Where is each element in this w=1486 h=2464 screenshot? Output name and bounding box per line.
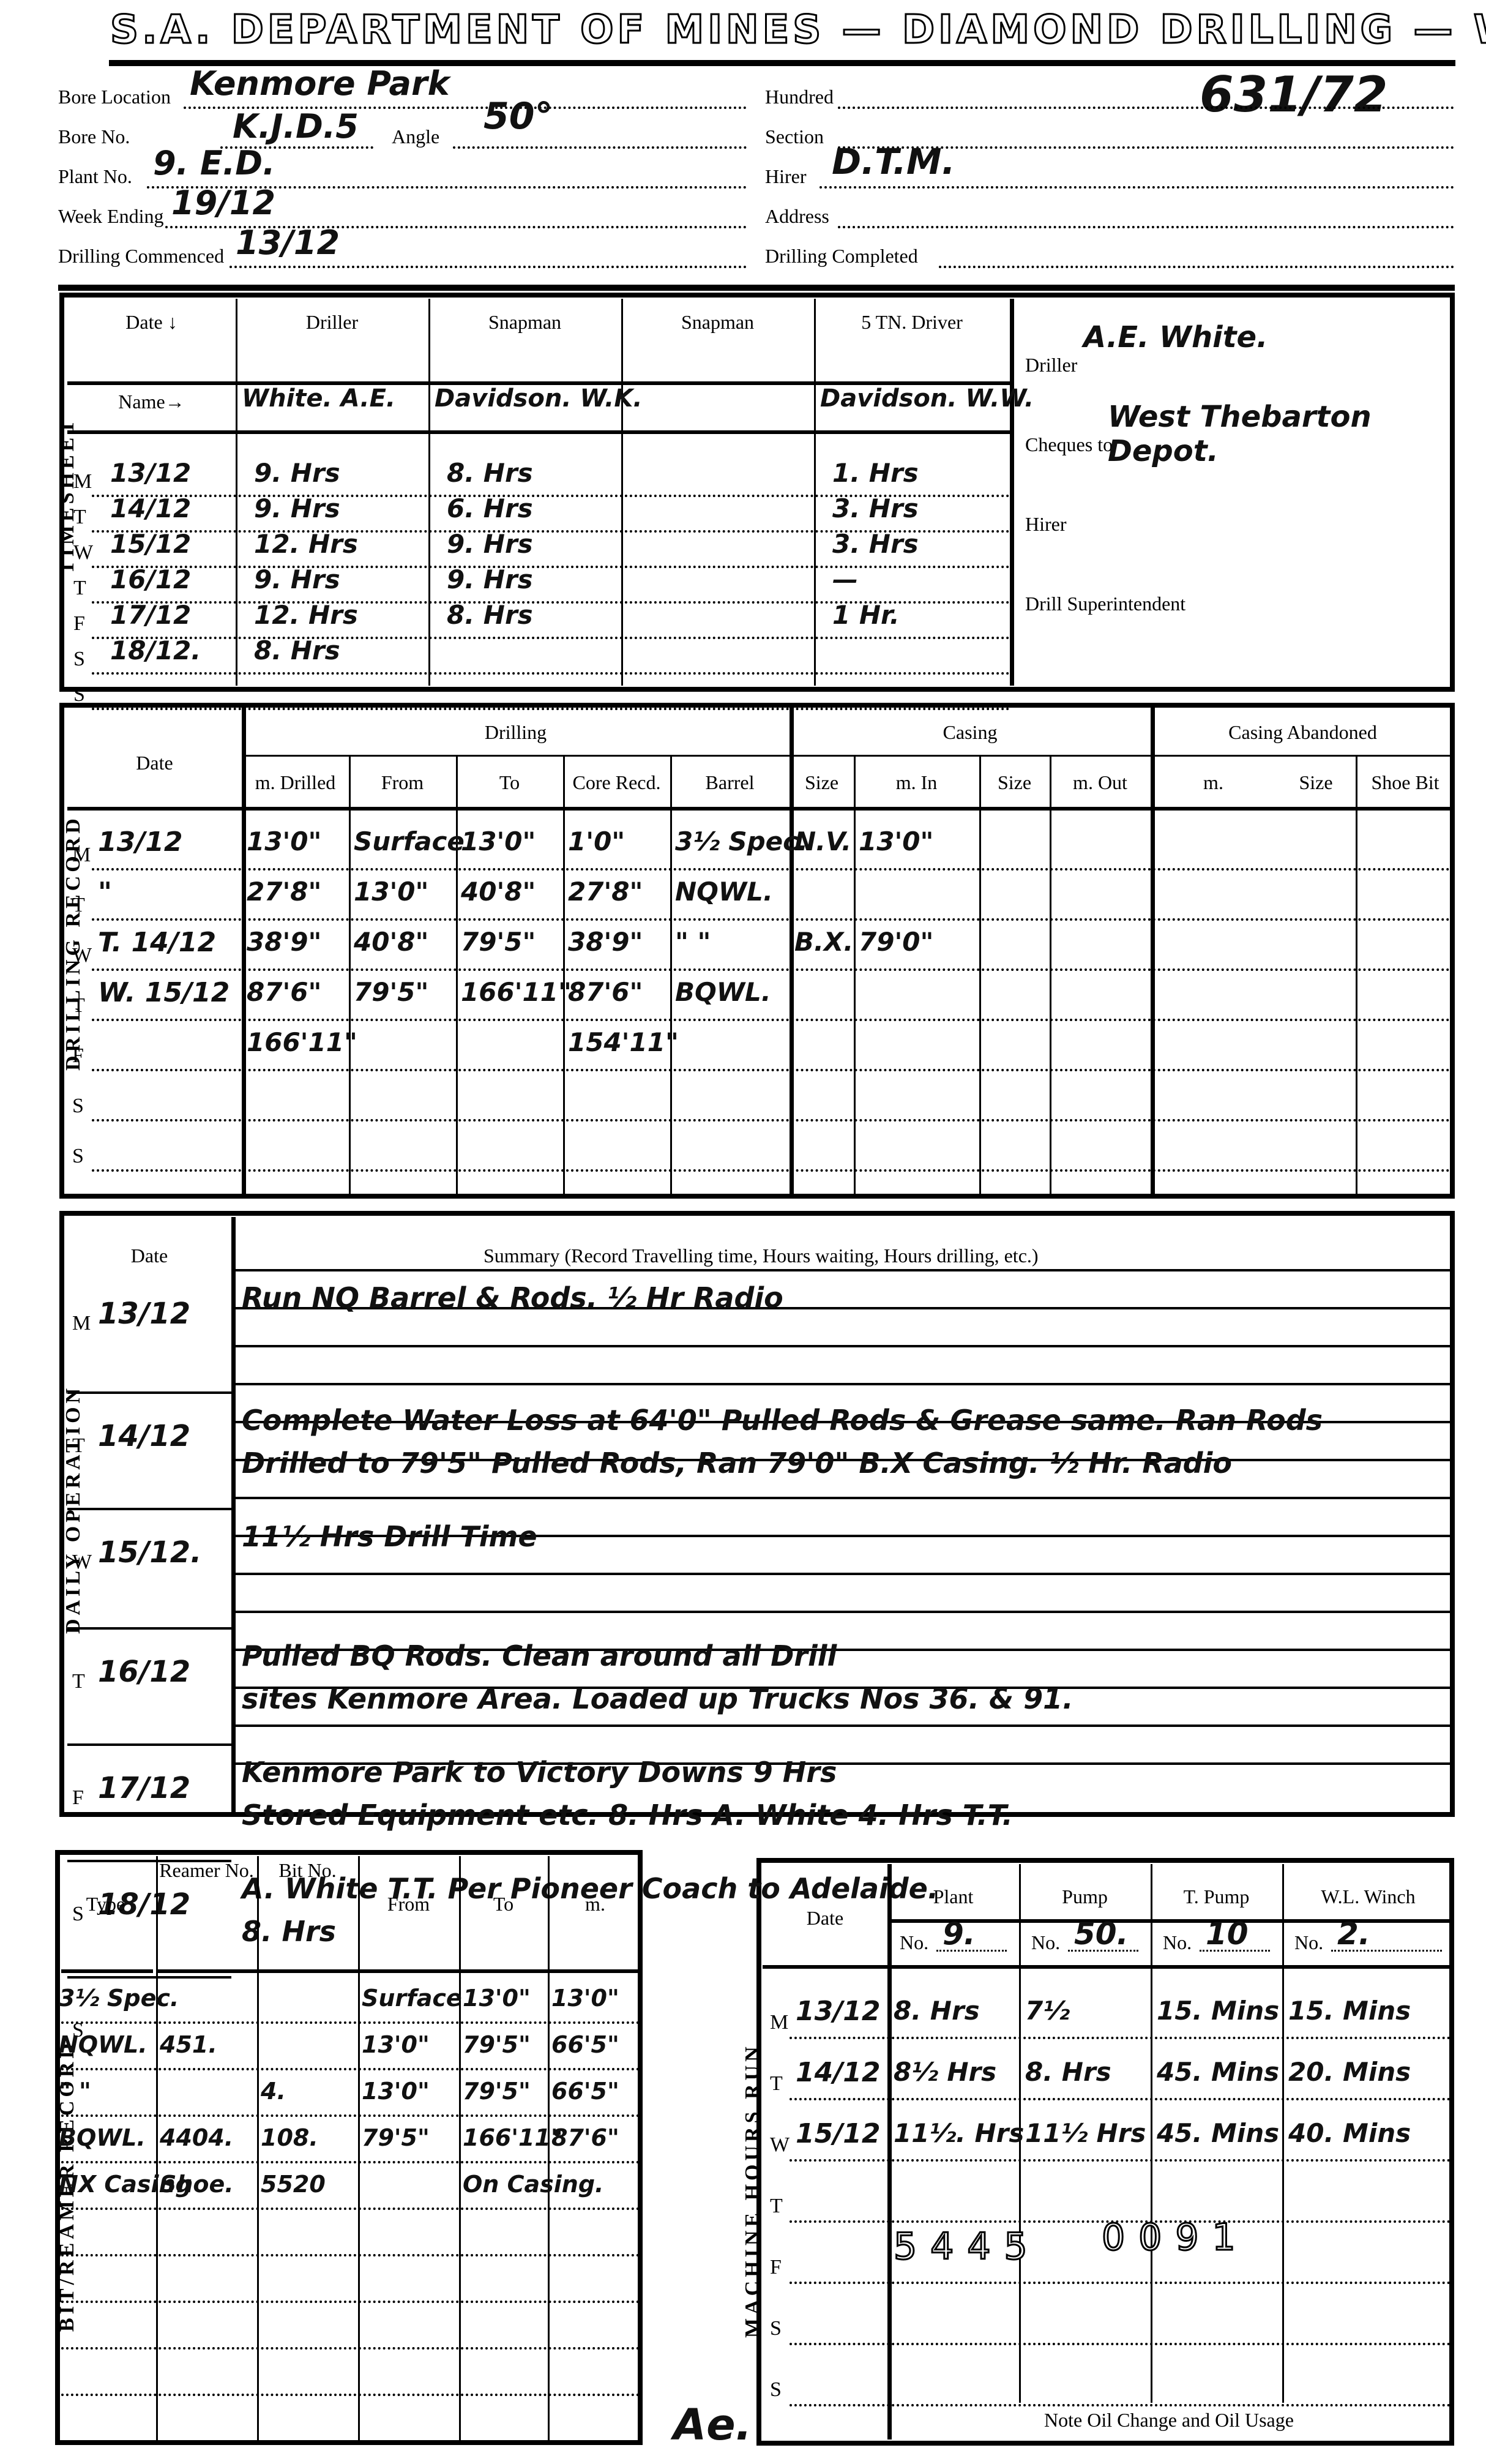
timesheet-hours[interactable]: 8. Hrs: [447, 600, 533, 630]
timesheet-day-letter: T: [73, 506, 86, 529]
timesheet-hours[interactable]: 9. Hrs: [447, 529, 533, 559]
timesheet-day-letter: S: [73, 648, 85, 671]
bit-column-header: Reamer No.: [156, 1859, 257, 1882]
timesheet-hours[interactable]: 8. Hrs: [447, 458, 533, 488]
field-label: Plant No.: [58, 165, 132, 188]
bit-cell-value[interactable]: 79'5": [463, 2078, 531, 2105]
daily-date-rule: [67, 1391, 231, 1394]
timesheet-row-rule: [92, 566, 1010, 568]
bit-row-rule: [61, 2114, 640, 2117]
machine-hours-value[interactable]: 15. Mins: [1157, 1996, 1279, 2026]
machine-hours-value[interactable]: 7½: [1025, 1996, 1070, 2026]
drilling-column-divider: [563, 755, 565, 1194]
daily-summary-line[interactable]: 8. Hrs: [242, 1915, 336, 1948]
machine-hours-value[interactable]: 40. Mins: [1288, 2118, 1411, 2148]
drilling-column-divider: [1050, 755, 1051, 1194]
timesheet-day-letter: S: [73, 683, 85, 706]
drilling-column-divider: [1151, 755, 1152, 1194]
machine-no-label: No.: [1163, 1931, 1192, 1954]
field-underline: [453, 146, 747, 149]
field-label: Drilling Commenced: [58, 245, 224, 268]
timesheet-side-label: Drill Superintendent: [1025, 593, 1185, 615]
daily-date[interactable]: 15/12.: [98, 1535, 201, 1570]
field-label: Hirer: [765, 165, 807, 188]
bit-cell-value[interactable]: 66'5": [551, 2031, 619, 2058]
drilling-cell-value[interactable]: 1'0": [568, 826, 625, 856]
bit-cell-value[interactable]: 66'5": [551, 2078, 619, 2105]
machine-day-letter: T: [770, 2072, 783, 2095]
daily-summary-line[interactable]: 11½ Hrs Drill Time: [242, 1520, 537, 1553]
drilling-column-header: m. Out: [1050, 771, 1151, 794]
field-value-bore-no[interactable]: K.J.D.5: [233, 107, 359, 146]
bit-cell-value[interactable]: 13'0": [463, 1985, 531, 2012]
bit-cell-value[interactable]: 79'5": [362, 2124, 430, 2151]
daily-summary-line[interactable]: Kenmore Park to Victory Downs 9 Hrs: [242, 1756, 837, 1789]
machine-unit-number[interactable]: 2.: [1337, 1916, 1370, 1952]
machine-column-header: W.L. Winch: [1282, 1885, 1454, 1908]
drilling-cell-value[interactable]: B.X.: [794, 927, 853, 957]
bit-cell-value[interactable]: " ": [59, 2078, 91, 2105]
machine-column-divider: [1282, 1864, 1284, 2403]
drilling-cell-value[interactable]: 27'8": [247, 877, 321, 907]
timesheet-date[interactable]: 16/12: [110, 564, 191, 594]
machine-row-rule: [790, 2282, 1451, 2284]
daily-date-rule: [67, 1508, 231, 1510]
bit-cell-value[interactable]: 4.: [261, 2078, 286, 2105]
drilling-day-letter: T: [72, 994, 85, 1017]
field-label: Section: [765, 125, 824, 148]
machine-no-label: No.: [1031, 1931, 1060, 1954]
machine-row-rule: [790, 2159, 1451, 2162]
drilling-day-letter: M: [72, 844, 91, 867]
bit-cell-value[interactable]: NQWL.: [59, 2031, 147, 2058]
daily-ruled-line: [236, 1269, 1451, 1271]
drilling-group-header: Drilling: [242, 721, 790, 744]
drilling-row-rule: [92, 1119, 1451, 1122]
drilling-cell-value[interactable]: 13'0": [247, 826, 321, 856]
bit-cell-value[interactable]: 87'6": [551, 2124, 619, 2151]
drilling-cell-value[interactable]: 79'5": [354, 977, 428, 1007]
bit-cell-value[interactable]: 79'5": [463, 2031, 531, 2058]
drilling-column-header: Size: [1276, 771, 1356, 794]
timesheet-day-letter: T: [73, 577, 86, 600]
field-underline: [939, 266, 1454, 268]
drilling-cell-value[interactable]: 40'8": [354, 927, 428, 957]
bit-row-rule: [61, 2161, 640, 2163]
machine-date-header: Date: [763, 1907, 887, 1930]
daily-day-letter: F: [72, 1786, 84, 1810]
machine-day-letter: S: [770, 2378, 782, 2402]
timesheet-side-label: Hirer: [1025, 513, 1067, 536]
drilling-day-letter: T: [72, 894, 85, 917]
drilling-cell-value[interactable]: 27'8": [568, 877, 643, 907]
drilling-date[interactable]: 13/12: [98, 826, 183, 858]
drilling-date-header: Date: [67, 752, 242, 774]
drilling-cell-value[interactable]: 3½ Spec.: [675, 826, 808, 856]
daily-date-divider: [231, 1217, 236, 1812]
timesheet-worker-name[interactable]: Davidson. W.K.: [435, 384, 643, 413]
timesheet-date[interactable]: 18/12.: [110, 635, 201, 665]
bit-column-divider: [459, 1856, 461, 2441]
timesheet-side-label: Driller: [1025, 354, 1077, 376]
drilling-row-rule: [92, 1069, 1451, 1071]
bit-row-rule: [61, 2068, 640, 2070]
machine-column-divider: [1151, 1864, 1152, 2403]
timesheet-side-value[interactable]: West Thebarton Depot.: [1108, 400, 1426, 468]
field-underline: [230, 266, 747, 268]
daily-day-letter: M: [72, 1312, 91, 1335]
drilling-column-header: Barrel: [670, 771, 790, 794]
drilling-column-divider: [979, 755, 981, 1194]
file-reference: 631/72: [1200, 66, 1388, 123]
bit-column-header: Bit No.: [257, 1859, 358, 1882]
drilling-cell-value[interactable]: 87'6": [247, 977, 321, 1007]
machine-hours-value[interactable]: 20. Mins: [1288, 2057, 1411, 2087]
daily-date-header: Date: [67, 1245, 231, 1267]
timesheet-column-header: Snapman: [621, 311, 814, 334]
timesheet-worker-name[interactable]: White. A.E.: [242, 384, 395, 413]
machine-no-label: No.: [1294, 1931, 1323, 1954]
bit-cell-value[interactable]: BQWL.: [59, 2124, 146, 2151]
field-value[interactable]: Kenmore Park: [190, 64, 450, 103]
machine-day-letter: W: [770, 2133, 790, 2157]
timesheet-date-header: Date ↓: [67, 311, 236, 334]
drilling-cell-value[interactable]: NQWL.: [675, 877, 773, 907]
drilling-row-rule: [92, 1169, 1451, 1172]
timesheet-day-letter: W: [73, 541, 93, 564]
timesheet-row-rule: [92, 708, 1010, 710]
machine-header-rule: [763, 1965, 1451, 1969]
timesheet-hours[interactable]: 8. Hrs: [254, 635, 340, 665]
field-label: Bore Location: [58, 86, 171, 108]
drilling-column-header: Size: [979, 771, 1050, 794]
field-label: Drilling Completed: [765, 245, 918, 268]
timesheet-side-value[interactable]: A.E. White.: [1083, 320, 1402, 354]
drilling-day-letter: S: [72, 1095, 84, 1118]
machine-row-rule: [790, 2404, 1451, 2406]
drilling-cell-value[interactable]: 38'9": [568, 927, 643, 957]
daily-date-rule: [67, 1627, 231, 1630]
bit-column-header: From: [358, 1893, 459, 1915]
daily-summary-line[interactable]: Complete Water Loss at 64'0" Pulled Rods…: [242, 1404, 1323, 1437]
field-label: Address: [765, 205, 829, 228]
daily-summary-header: Summary (Record Travelling time, Hours w…: [484, 1245, 1438, 1267]
timesheet-date[interactable]: 15/12: [110, 529, 191, 559]
drilling-cell-value[interactable]: 40'8": [461, 877, 536, 907]
header-rule: [58, 285, 1455, 291]
bit-cell-value[interactable]: 13'0": [362, 2031, 430, 2058]
bit-row-rule: [61, 2021, 640, 2024]
timesheet-name-rule: [67, 430, 1010, 434]
daily-ruled-line: [236, 1611, 1451, 1613]
bit-cell-value[interactable]: 166'11": [463, 2124, 563, 2151]
drilling-row-rule: [92, 968, 1451, 971]
machine-date[interactable]: 13/12: [796, 1996, 881, 2027]
timesheet-column-header: 5 TN. Driver: [814, 311, 1010, 334]
drilling-day-letter: S: [72, 1145, 84, 1168]
bit-header-rule: [61, 1969, 153, 1973]
daily-summary-line[interactable]: Drilled to 79'5" Pulled Rods, Ran 79'0" …: [242, 1447, 1232, 1480]
drilling-column-header: To: [456, 771, 563, 794]
machine-row-rule: [790, 2343, 1451, 2345]
machine-column-header: Pump: [1019, 1885, 1151, 1908]
report-title: S.A. DEPARTMENT OF MINES — DIAMOND DRILL…: [110, 7, 1486, 53]
bit-column-header: m.: [548, 1893, 643, 1915]
timesheet-name-header: Name→: [67, 391, 236, 413]
daily-date[interactable]: 17/12: [98, 1771, 190, 1805]
daily-date-rule: [67, 1743, 231, 1746]
drilling-cell-value[interactable]: 38'9": [247, 927, 321, 957]
timesheet-row-rule: [92, 637, 1010, 639]
drilling-cell-value[interactable]: 87'6": [568, 977, 643, 1007]
bit-row-rule: [61, 2207, 640, 2210]
daily-date[interactable]: 16/12: [98, 1655, 190, 1689]
daily-ruled-line: [236, 1345, 1451, 1347]
drilling-cell-value[interactable]: Surface: [354, 826, 465, 856]
timesheet-hours[interactable]: —: [832, 564, 858, 594]
bit-cell-value[interactable]: On Casing.: [463, 2171, 603, 2198]
bit-column-divider: [358, 1856, 360, 2441]
machine-day-letter: T: [770, 2195, 783, 2218]
drilling-cell-value[interactable]: N.V.: [794, 826, 851, 856]
drilling-group-rule: [242, 755, 1451, 757]
machine-day-letter: M: [770, 2011, 788, 2034]
bit-row-rule: [61, 2301, 640, 2303]
daily-day-letter: W: [72, 1551, 92, 1574]
daily-date[interactable]: 14/12: [98, 1419, 190, 1453]
odometer-stamp-right: 0091: [1102, 2216, 1249, 2259]
field-underline: [820, 186, 1454, 189]
odometer-stamp-left: 5445: [894, 2225, 1041, 2268]
bit-column-divider: [257, 1856, 259, 2441]
drilling-cell-value[interactable]: 166'11": [247, 1027, 357, 1057]
timesheet-hours[interactable]: 9. Hrs: [254, 458, 340, 488]
drilling-cell-value[interactable]: 154'11": [568, 1027, 679, 1057]
bit-cell-value[interactable]: Surface: [362, 1985, 462, 2012]
machine-hours-value[interactable]: 8. Hrs: [1025, 2057, 1111, 2087]
machine-hours-value[interactable]: 8½ Hrs: [894, 2057, 996, 2087]
field-label: Week Ending: [58, 205, 163, 228]
bit-column-header: To: [459, 1893, 548, 1915]
field-value[interactable]: 19/12: [171, 184, 275, 222]
field-underline: [838, 107, 1454, 109]
timesheet-column-divider: [236, 299, 237, 686]
timesheet-hours[interactable]: 1. Hrs: [832, 458, 919, 488]
bit-row-rule: [61, 2347, 640, 2350]
drilling-column-divider: [349, 755, 351, 1194]
drilling-group-header: Casing Abandoned: [1151, 721, 1455, 744]
machine-hours-value[interactable]: 15. Mins: [1288, 1996, 1411, 2026]
machine-hours-value[interactable]: 45. Mins: [1157, 2118, 1279, 2148]
timesheet-column-divider: [621, 299, 623, 686]
drilling-day-letter: F: [72, 1044, 84, 1068]
machine-row-rule: [790, 2037, 1451, 2039]
machine-unit-number[interactable]: 10: [1206, 1916, 1249, 1952]
drilling-column-divider: [854, 755, 856, 1194]
drilling-cell-value[interactable]: 13'0": [859, 826, 933, 856]
drilling-column-header: Core Recd.: [563, 771, 670, 794]
bit-cell-value[interactable]: 3½ Spec.: [59, 1985, 179, 2012]
timesheet-hours[interactable]: 3. Hrs: [832, 529, 919, 559]
timesheet-hours[interactable]: 1 Hr.: [832, 600, 900, 630]
timesheet-hours[interactable]: 6. Hrs: [447, 493, 533, 523]
timesheet-row-rule: [92, 672, 1010, 675]
drilling-cell-value[interactable]: 13'0": [354, 877, 428, 907]
bit-cell-value[interactable]: Shoe.: [160, 2171, 234, 2198]
drilling-header-rule: [67, 807, 1451, 811]
drilling-column-header: Size: [790, 771, 854, 794]
machine-date-divider: [887, 1864, 892, 2440]
drilling-date[interactable]: W. 15/12: [98, 977, 230, 1008]
timesheet-hours[interactable]: 9. Hrs: [447, 564, 533, 594]
timesheet-hours[interactable]: 9. Hrs: [254, 564, 340, 594]
drilling-cell-value[interactable]: 79'0": [859, 927, 933, 957]
machine-day-letter: S: [770, 2317, 782, 2340]
drilling-date[interactable]: ": [98, 877, 112, 908]
timesheet-hours[interactable]: 12. Hrs: [254, 600, 358, 630]
bit-cell-value[interactable]: 13'0": [551, 1985, 619, 2012]
machine-date[interactable]: 15/12: [796, 2118, 881, 2149]
drilling-cell-value[interactable]: 13'0": [461, 826, 536, 856]
timesheet-day-letter: F: [73, 612, 85, 635]
bit-row-rule: [61, 2440, 640, 2443]
drilling-column-header: m. Drilled: [242, 771, 349, 794]
daily-date-rule: [67, 1976, 231, 1979]
machine-row-rule: [790, 2098, 1451, 2100]
drilling-column-header: m. In: [854, 771, 979, 794]
field-value-angle[interactable]: 50°: [484, 95, 553, 138]
timesheet-date[interactable]: 14/12: [110, 493, 191, 523]
field-label: Hundred: [765, 86, 834, 108]
timesheet-column-divider: [814, 299, 816, 686]
drilling-date[interactable]: T. 14/12: [98, 927, 216, 958]
drilling-row-rule: [92, 868, 1451, 871]
daily-summary-line[interactable]: Stored Equipment etc. 8. Hrs A. White 4.…: [242, 1799, 1013, 1832]
field-label: Bore No.: [58, 125, 130, 148]
machine-no-label: No.: [900, 1931, 928, 1954]
drilling-cell-value[interactable]: BQWL.: [675, 977, 771, 1007]
machine-day-letter: F: [770, 2256, 782, 2279]
timesheet-column-divider: [428, 299, 430, 686]
timesheet-hours[interactable]: 3. Hrs: [832, 493, 919, 523]
daily-day-letter: T: [72, 1434, 85, 1458]
drilling-cell-value[interactable]: " ": [675, 927, 711, 957]
timesheet-worker-name[interactable]: Davidson. W.W.: [820, 384, 1034, 413]
timesheet-column-header: Snapman: [428, 311, 621, 334]
bit-cell-value[interactable]: 451.: [160, 2031, 217, 2058]
bit-cell-value[interactable]: 108.: [261, 2124, 318, 2151]
drilling-day-letter: W: [72, 944, 92, 967]
field-value[interactable]: 9. E.D.: [153, 144, 275, 182]
daily-summary-line[interactable]: Run NQ Barrel & Rods. ½ Hr Radio: [242, 1281, 783, 1314]
daily-summary-line[interactable]: sites Kenmore Area. Loaded up Trucks Nos…: [242, 1682, 1073, 1715]
machine-hours-value[interactable]: 11½. Hrs: [894, 2118, 1024, 2148]
machine-unit-number[interactable]: 50.: [1074, 1916, 1129, 1952]
bit-header-rule: [156, 1969, 640, 1973]
drilling-cell-value[interactable]: 166'11": [461, 977, 572, 1007]
machine-date[interactable]: 14/12: [796, 2057, 881, 2088]
drilling-column-divider: [670, 755, 672, 1194]
field-value[interactable]: 13/12: [236, 223, 340, 262]
daily-date[interactable]: 13/12: [98, 1297, 190, 1331]
timesheet-date[interactable]: 13/12: [110, 458, 191, 488]
bit-row-rule: [61, 2394, 640, 2396]
drilling-column-divider: [456, 755, 458, 1194]
timesheet-side-label: Cheques to: [1025, 433, 1113, 456]
timesheet-column-header: Driller: [236, 311, 428, 334]
daily-ruled-line: [236, 1724, 1451, 1727]
machine-column-header: T. Pump: [1151, 1885, 1282, 1908]
bit-cell-value[interactable]: 13'0": [362, 2078, 430, 2105]
drilling-column-header: m.: [1151, 771, 1276, 794]
daily-summary-line[interactable]: Pulled BQ Rods. Clean around all Drill: [242, 1639, 837, 1672]
field-value[interactable]: D.T.M.: [832, 141, 955, 182]
bit-cell-value[interactable]: 5520: [261, 2171, 326, 2198]
daily-ruled-line: [236, 1497, 1451, 1499]
bit-row-rule: [61, 2254, 640, 2256]
drilling-row-rule: [92, 918, 1451, 921]
bit-column-header: Type: [55, 1893, 156, 1915]
drilling-column-divider: [1356, 755, 1357, 1194]
machine-hours-value[interactable]: 11½ Hrs: [1025, 2118, 1146, 2148]
machine-footer-note: Note Oil Change and Oil Usage: [887, 2409, 1451, 2432]
timesheet-day-letter: M: [73, 470, 92, 493]
timesheet-hours[interactable]: 9. Hrs: [254, 493, 340, 523]
timesheet-date[interactable]: 17/12: [110, 600, 191, 630]
machine-column-header: Plant: [887, 1885, 1019, 1908]
drilling-column-header: Shoe Bit: [1356, 771, 1455, 794]
timesheet-column-divider: [1010, 299, 1014, 686]
machine-hours-value[interactable]: 45. Mins: [1157, 2057, 1279, 2087]
machine-unit-number[interactable]: 9.: [943, 1916, 976, 1952]
bit-column-divider: [156, 1856, 158, 2441]
bit-cell-value[interactable]: 4404.: [160, 2124, 233, 2151]
daily-day-letter: T: [72, 1670, 85, 1693]
field-label: Angle: [392, 125, 439, 148]
drilling-column-header: From: [349, 771, 456, 794]
drilling-cell-value[interactable]: 79'5": [461, 927, 536, 957]
drilling-row-rule: [92, 1019, 1451, 1021]
timesheet-hours[interactable]: 12. Hrs: [254, 529, 358, 559]
field-underline: [838, 226, 1454, 228]
daily-ruled-line: [236, 1383, 1451, 1385]
drilling-group-header: Casing: [790, 721, 1151, 744]
machine-hours-value[interactable]: 8. Hrs: [894, 1996, 980, 2026]
daily-ruled-line: [236, 1573, 1451, 1575]
initials-signature: Ae.: [673, 2400, 752, 2450]
